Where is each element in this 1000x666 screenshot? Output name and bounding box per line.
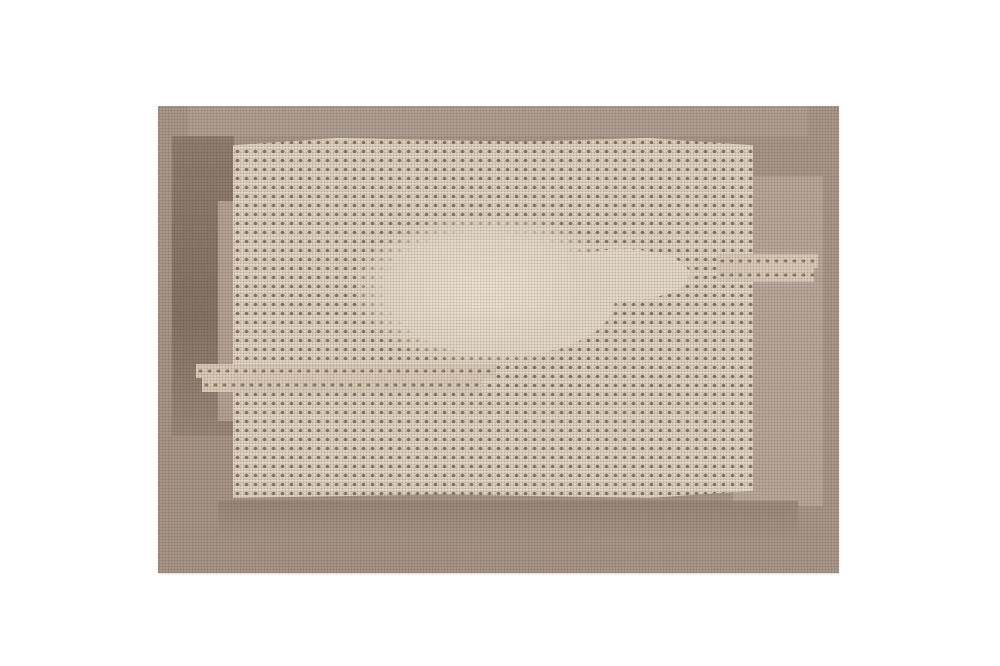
rug-glyph-strip	[718, 268, 814, 282]
rug-glyph-strip	[196, 364, 496, 378]
rug-top-band	[188, 106, 808, 136]
rug-light-center	[358, 217, 618, 361]
rug-glyph-strip	[718, 254, 818, 268]
rug-bottom-shadow	[218, 501, 798, 541]
rug-glyph-strip	[202, 378, 482, 392]
rug-cream-field	[233, 138, 753, 498]
rug	[158, 106, 839, 573]
